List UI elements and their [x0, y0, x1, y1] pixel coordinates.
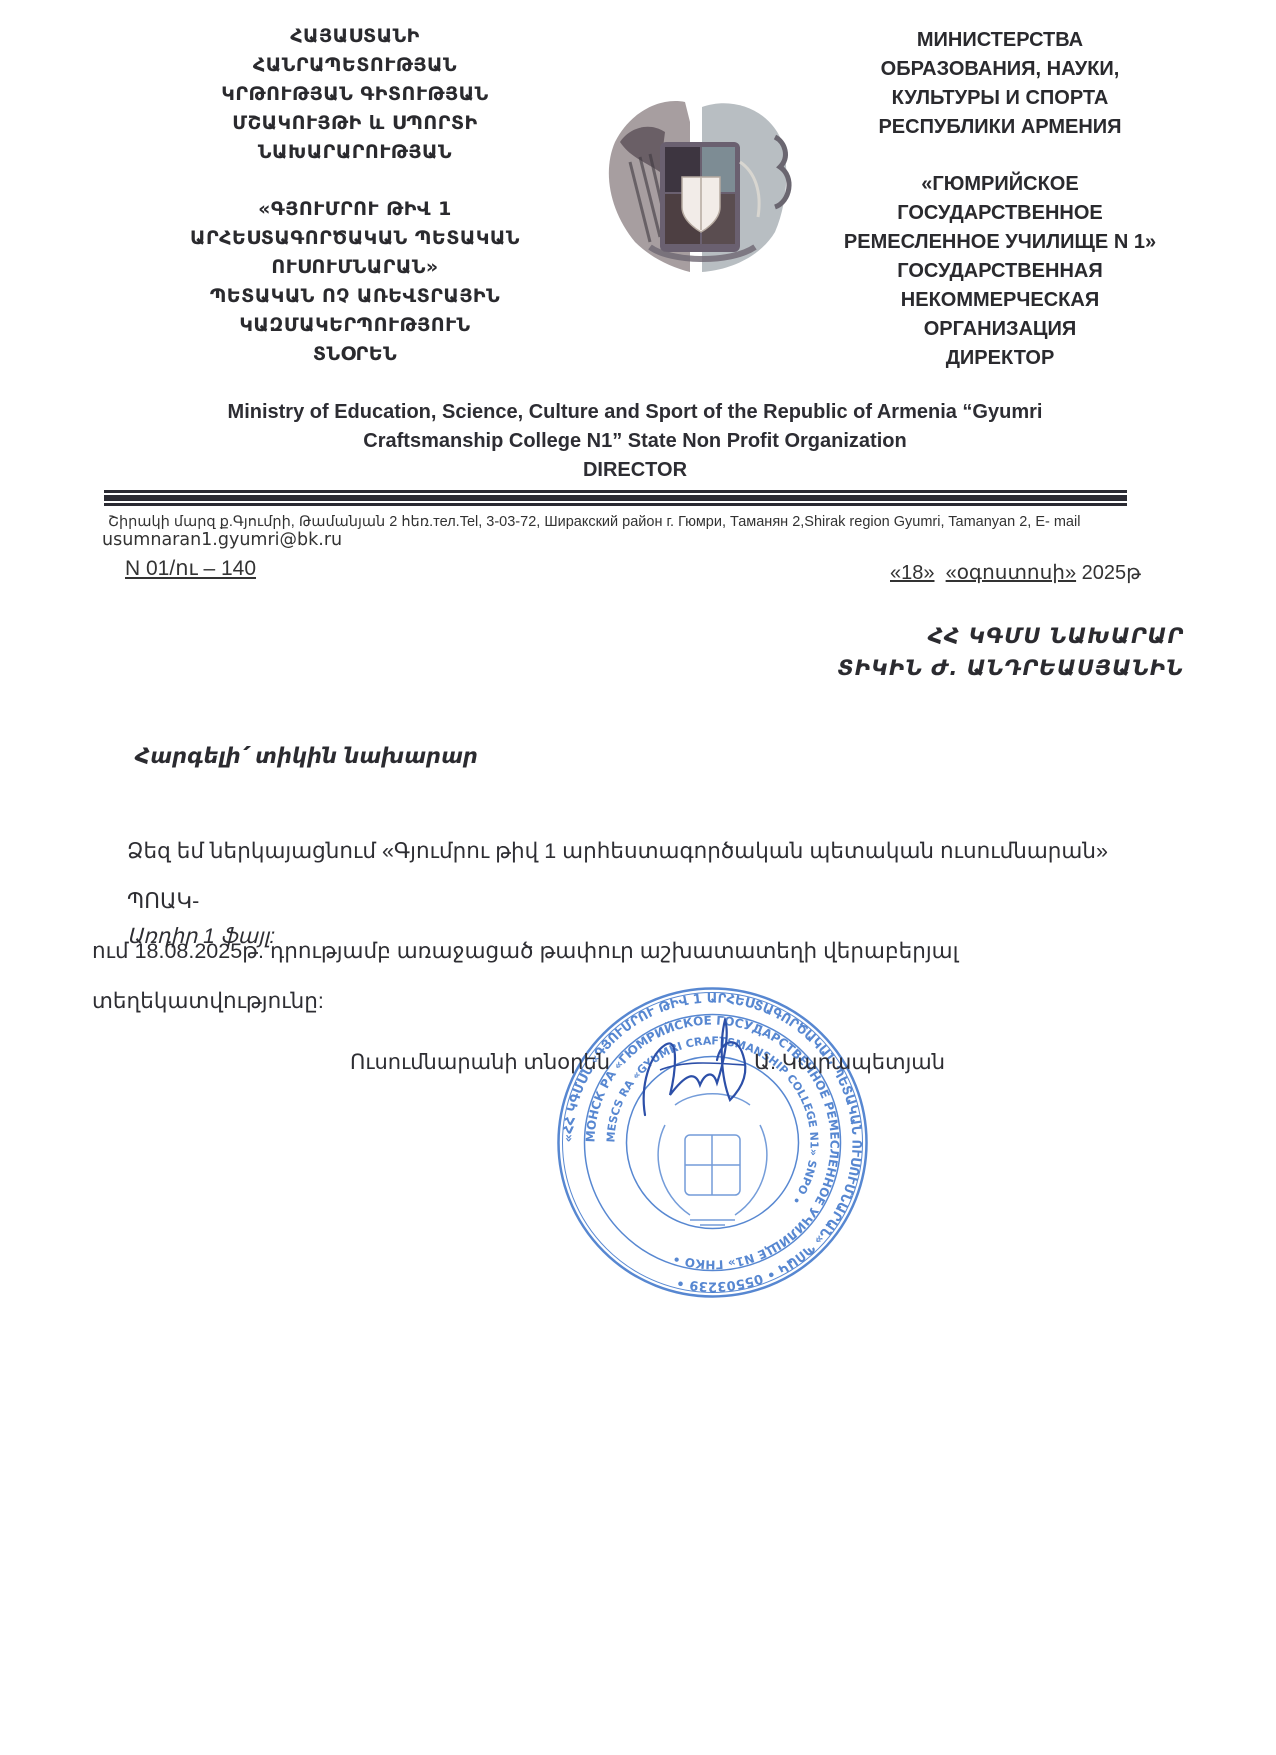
header-line: ГОСУДАРСТВЕННАЯ [830, 257, 1170, 286]
date-month: «օգոստոսի» [946, 562, 1076, 584]
date-day: «18» [890, 562, 935, 584]
salutation: Հարգելի՛ տիկին նախարար [135, 744, 478, 768]
letterhead-divider [104, 490, 1127, 508]
coat-of-arms-icon [590, 82, 805, 282]
header-line: НЕКОММЕРЧЕСКАЯ [830, 286, 1170, 315]
contact-email: usumnaran1.gyumri@bk.ru [102, 530, 342, 550]
header-line: ԿԱԶՄԱԿԵՐՊՈՒԹՅՈՒՆ [150, 311, 560, 340]
russian-org-name: «ГЮМРИЙСКОЕ ГОСУДАРСТВЕННОЕ РЕМЕСЛЕННОЕ … [830, 170, 1170, 373]
russian-ministry-name: МИНИСТЕРСТВА ОБРАЗОВАНИЯ, НАУКИ, КУЛЬТУР… [830, 26, 1170, 142]
header-line: ՆԱԽԱՐԱՐՈՒԹՅԱՆ [150, 138, 560, 167]
attachment-note: Առդիր 1 ֆայլ: [127, 924, 275, 949]
english-header-line: Ministry of Education, Science, Culture … [150, 398, 1120, 427]
signatory-title: Ուսումնարանի տնօրեն [350, 1050, 610, 1075]
armenian-header: ՀԱՅԱՍՏԱՆԻ ՀԱՆՐԱՊԵՏՈՒԹՅԱՆ ԿՐԹՈՒԹՅԱՆ ԳԻՏՈՒ… [150, 22, 560, 369]
armenian-org-name: «ԳՅՈՒՄՐՈՒ ԹԻՎ 1 ԱՐՀԵՍՏԱԳՈՐԾԱԿԱՆ ՊԵՏԱԿԱՆ … [150, 195, 560, 369]
header-line: РЕСПУБЛИКИ АРМЕНИЯ [830, 113, 1170, 142]
russian-header: МИНИСТЕРСТВА ОБРАЗОВАНИЯ, НАУКИ, КУЛЬТУР… [830, 26, 1170, 373]
header-line: ОБРАЗОВАНИЯ, НАУКИ, [830, 55, 1170, 84]
header-line: ՏՆՕՐԵՆ [150, 340, 560, 369]
body-line: Ձեզ եմ ներկայացնում «Գյումրու թիվ 1 արհե… [92, 826, 1177, 926]
english-header-line: Craftsmanship College N1” State Non Prof… [150, 427, 1120, 456]
header-line: РЕМЕСЛЕННОЕ УЧИЛИЩЕ N 1» [830, 228, 1170, 257]
header-line: ГОСУДАРСТВЕННОЕ [830, 199, 1170, 228]
header-line: ԿՐԹՈՒԹՅԱՆ ԳԻՏՈՒԹՅԱՆ [150, 80, 560, 109]
header-line: ՀԱՅԱՍՏԱՆԻ [150, 22, 560, 51]
header-line: ՊԵՏԱԿԱՆ ՈՉ ԱՌԵՎՏՐԱՅԻՆ [150, 282, 560, 311]
letter-date: «18» «օգոստոսի» 2025թ [890, 560, 1141, 585]
reference-number: N 01/ու – 140 [125, 556, 256, 581]
signature-icon [625, 1015, 765, 1125]
addressee-line: ՏԻԿԻՆ Ժ. ԱՆԴՐԵԱՍՅԱՆԻՆ [838, 652, 1184, 684]
signatory-name: Ա. Կարապետյան [754, 1050, 945, 1075]
header-line: ՀԱՆՐԱՊԵՏՈՒԹՅԱՆ [150, 51, 560, 80]
header-line: ԱՐՀԵՍՏԱԳՈՐԾԱԿԱՆ ՊԵՏԱԿԱՆ [150, 224, 560, 253]
addressee-line: ՀՀ ԿԳՄՍ ՆԱԽԱՐԱՐ [838, 620, 1184, 652]
date-year: 2025թ [1082, 562, 1141, 584]
addressee-block: ՀՀ ԿԳՄՍ ՆԱԽԱՐԱՐ ՏԻԿԻՆ Ժ. ԱՆԴՐԵԱՍՅԱՆԻՆ [838, 620, 1184, 684]
contact-address: Շիրակի մարզ ք.Գյումրի, Թամանյան 2 հեռ.те… [108, 512, 1188, 532]
header-line: ДИРЕКТОР [830, 344, 1170, 373]
header-line: ОРГАНИЗАЦИЯ [830, 315, 1170, 344]
header-line: «ԳՅՈՒՄՐՈՒ ԹԻՎ 1 [150, 195, 560, 224]
header-line: «ГЮМРИЙСКОЕ [830, 170, 1170, 199]
header-line: МИНИСТЕРСТВА [830, 26, 1170, 55]
armenian-ministry-name: ՀԱՅԱՍՏԱՆԻ ՀԱՆՐԱՊԵՏՈՒԹՅԱՆ ԿՐԹՈՒԹՅԱՆ ԳԻՏՈՒ… [150, 22, 560, 167]
english-header-title: DIRECTOR [150, 456, 1120, 485]
header-line: ՄՇԱԿՈՒՅԹԻ և ՍՊՈՐՏԻ [150, 109, 560, 138]
header-line: КУЛЬТУРЫ И СПОРТА [830, 84, 1170, 113]
english-header: Ministry of Education, Science, Culture … [150, 398, 1120, 485]
header-line: ՈՒՍՈՒՄՆԱՐԱՆ» [150, 253, 560, 282]
